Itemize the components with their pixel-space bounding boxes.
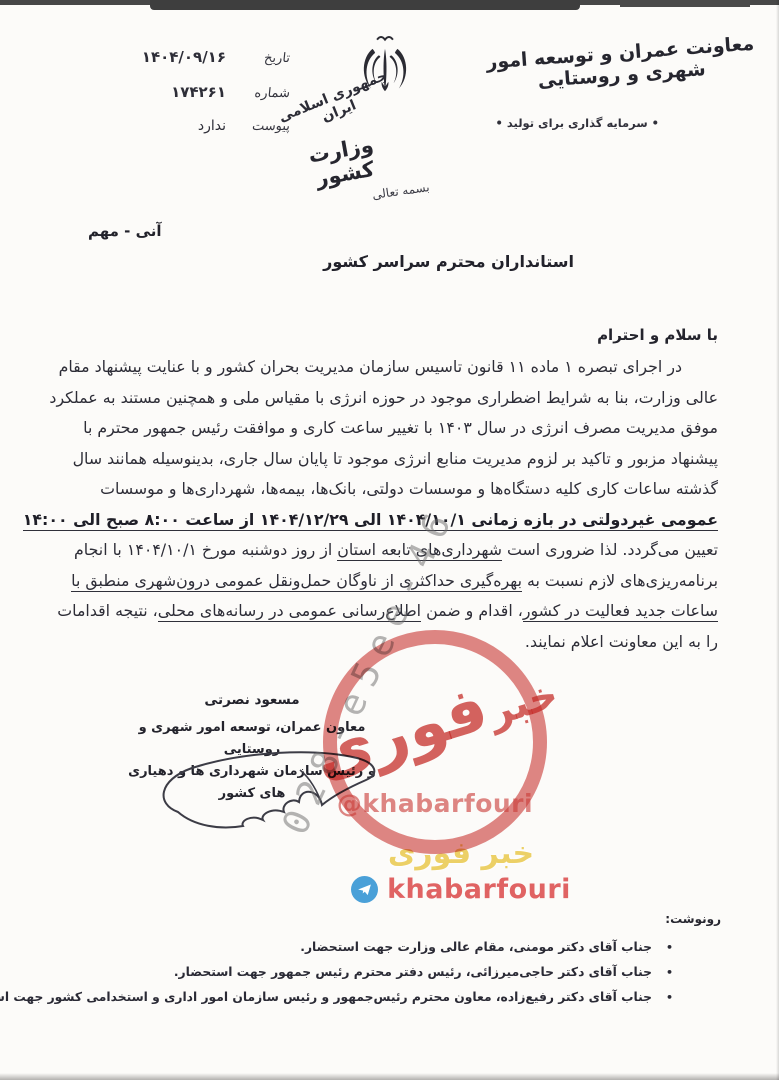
cc-label: رونوشت:	[40, 912, 721, 926]
body-line: گذشته ساعات کاری کلیه دستگاه‌ها و موسسات…	[62, 474, 718, 505]
stamp-word-fouri: فوری	[305, 672, 496, 795]
body-line: عالی وزارت، بنا به شرایط اضطراری موجود د…	[62, 383, 718, 414]
stamp-handle: @khabarfouri	[337, 789, 533, 818]
slogan-text: • سرمایه گذاری برای تولید •	[496, 116, 659, 130]
priority-label: آنی - مهم	[88, 222, 162, 240]
telegram-icon	[351, 876, 378, 903]
cc-section: رونوشت: •جناب آقای دکتر مومنی، مقام عالی…	[40, 912, 721, 1010]
date-label: تاریخ	[225, 51, 291, 66]
recipient-line: استانداران محترم سراسر کشور	[323, 252, 574, 271]
number-label: شماره	[225, 86, 291, 101]
salutation: با سلام و احترام	[597, 326, 718, 344]
stamp-word-khabar: خبر	[483, 672, 563, 736]
cc-list: •جناب آقای دکتر مومنی، مقام عالی وزارت ج…	[40, 935, 721, 1010]
date-value: ۱۴۰۴/۰۹/۱۶	[142, 48, 226, 66]
cc-item: •جناب آقای دکتر مومنی، مقام عالی وزارت ج…	[40, 935, 721, 960]
body-line: عمومی غیردولتی در بازه زمانی ۱۴۰۴/۱۰/۱ ا…	[62, 505, 718, 536]
besmele-text: بسمه تعالی	[371, 180, 430, 202]
brand-handle: khabarfouri	[387, 874, 571, 905]
meta-number-row: شماره ۱۷۴۲۶۱	[60, 83, 290, 101]
body-line: تعیین می‌گردد. لذا ضروری است شهرداری‌های…	[62, 535, 718, 566]
meta-attachment-row: پیوست ندارد	[60, 118, 290, 134]
brand-handle-row: khabarfouri	[336, 874, 586, 905]
body-line: پیشنهاد مزبور و تاکید بر لزوم مدیریت منا…	[62, 444, 718, 475]
scan-edge-notch	[620, 0, 750, 7]
meta-date-row: تاریخ ۱۴۰۴/۰۹/۱۶	[60, 48, 290, 66]
scan-edge-bottom	[0, 1073, 779, 1080]
scan-edge-notch	[150, 0, 580, 10]
deputy-title: معاونت عمران و توسعه امور شهری و روستایی	[480, 32, 762, 95]
khabarfouri-stamp: خبر فوری @khabarfouri	[323, 630, 547, 854]
cc-item: •جناب آقای دکتر حاجی‌میرزائی، رئیس دفتر …	[40, 960, 721, 985]
stamp-title: خبر فوری	[305, 651, 565, 795]
number-value: ۱۷۴۲۶۱	[171, 83, 226, 101]
letter-meta-block: تاریخ ۱۴۰۴/۰۹/۱۶ شماره ۱۷۴۲۶۱ پیوست ندار…	[60, 48, 290, 151]
scanned-letter-page: تاریخ ۱۴۰۴/۰۹/۱۶ شماره ۱۷۴۲۶۱ پیوست ندار…	[0, 0, 779, 1080]
body-line: در اجرای تبصره ۱ ماده ۱۱ قانون تاسیس ساز…	[62, 352, 718, 383]
body-line: موفق مدیریت مصرف انرژی در سال ۱۴۰۳ با تغ…	[62, 413, 718, 444]
attachment-value: ندارد	[198, 118, 226, 134]
cc-item: •جناب آقای دکتر رفیع‌زاده، معاون محترم ر…	[40, 985, 721, 1010]
